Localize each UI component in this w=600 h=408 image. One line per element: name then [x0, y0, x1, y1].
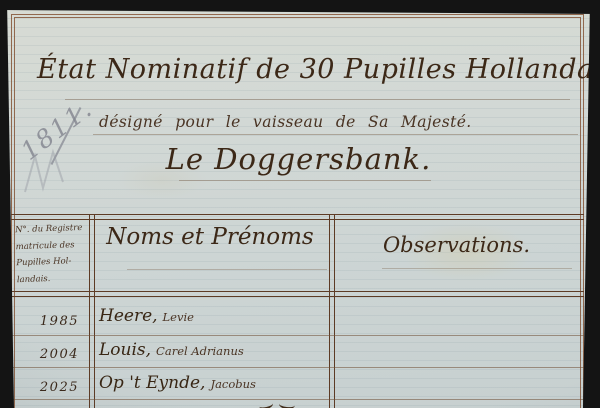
col-header-registry-number: N°. du Registre matricule des Pupilles H…: [15, 220, 87, 288]
ink-underline: [93, 134, 578, 135]
table-row-line: [11, 335, 584, 336]
row-given-names: Carel Adrianus: [156, 344, 244, 358]
row-name: Heere,Levie: [99, 306, 194, 326]
ink-underline: [65, 99, 570, 100]
col-header-observations: Observations.: [333, 233, 580, 257]
ship-name: Le Doggersbank.: [7, 142, 590, 176]
ink-underline: [382, 268, 572, 269]
document-title: État Nominatif de 30 Pupilles Hollandais: [37, 54, 582, 85]
row-surname: Op 't Eynde,: [99, 373, 205, 393]
row-name: Louis,Carel Adrianus: [99, 340, 244, 360]
col-header-line: landais.: [17, 269, 88, 288]
table-row-line: [11, 367, 584, 368]
col-header-line: N°. du Registre: [15, 220, 86, 239]
document-page: 1811. État Nominatif de 30 Pupilles Holl…: [7, 10, 590, 408]
ink-underline: [127, 269, 327, 270]
table-header-bottom-border: [11, 291, 584, 297]
row-given-names: Levie: [163, 310, 194, 324]
row-name: Op 't Eynde,Jacobus: [99, 373, 256, 393]
ink-underline: [179, 180, 431, 181]
table-header-top-border: [11, 214, 584, 220]
row-registry-number: 2025: [13, 380, 79, 395]
scanned-document: 1811. État Nominatif de 30 Pupilles Holl…: [0, 0, 600, 408]
row-surname: Louis,: [99, 340, 151, 360]
row-registry-number: 1985: [13, 314, 79, 329]
table-row-line: [11, 399, 584, 400]
document-subtitle: désigné pour le vaisseau de Sa Majesté.: [99, 113, 472, 131]
row-registry-number: 2004: [13, 347, 79, 362]
row-surname: Heere,: [99, 306, 158, 326]
row-given-names: Jacobus: [210, 377, 256, 391]
col-header-names: Noms et Prénoms: [93, 224, 327, 250]
